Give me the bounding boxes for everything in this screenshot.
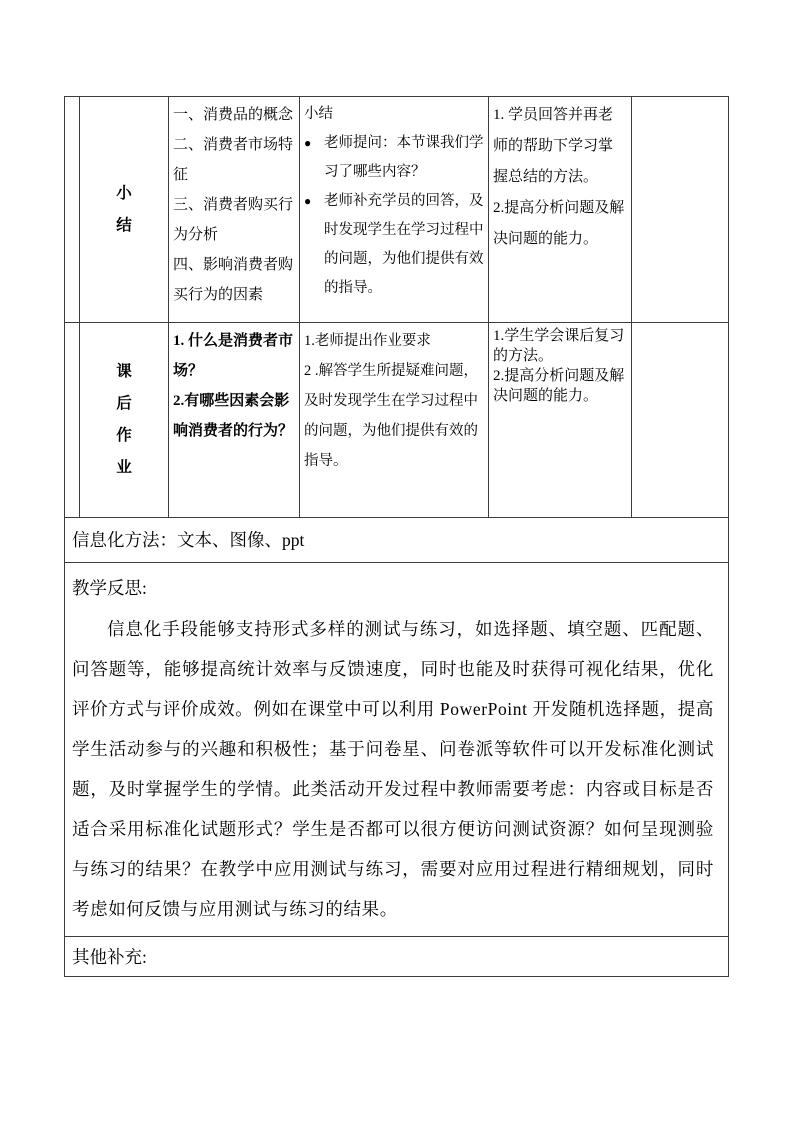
- other-notes-label: 其他补充:: [72, 947, 147, 967]
- content-item: 二、消费者市场特征: [173, 130, 295, 190]
- info-method-cell: 信息化方法：文本、图像、ppt: [65, 518, 729, 563]
- teacher-item: 1.老师提出作业要求: [304, 326, 484, 356]
- homework-student-activity-cell: 1.学生学会课后复习的方法。 2.提高分析问题及解决问题的能力。: [489, 323, 632, 518]
- summary-row: 小 结 一、消费品的概念 二、消费者市场特征 三、消费者购买行为分析 四、影响消…: [65, 97, 729, 323]
- bullet-icon: ●: [304, 129, 324, 158]
- summary-teacher-activity-cell: 小结 ● 老师提问：本节课我们学习了哪些内容？ ● 老师补充学员的回答，及时发现…: [300, 97, 489, 323]
- teacher-bullet-text: 老师补充学员的回答，及时发现学生在学习过程中的问题，为他们提供有效的指导。: [324, 187, 484, 303]
- homework-teacher-activity-cell: 1.老师提出作业要求 2 .解答学生所提疑难问题，及时发现学生在学习过程中的问题…: [300, 323, 489, 518]
- bullet-icon: ●: [304, 187, 324, 216]
- reflection-paragraph: 信息化手段能够支持形式多样的测试与练习，如选择题、填空题、匹配题、问答题等，能够…: [72, 609, 724, 929]
- content-item: 1. 什么是消费者市场？: [173, 326, 295, 386]
- other-notes-cell: 其他补充:: [65, 937, 729, 977]
- content-item: 2.有哪些因素会影响消费者的行为？: [173, 386, 295, 446]
- content-item: 一、消费品的概念: [173, 100, 295, 130]
- student-item: 1.学生学会课后复习的方法。: [493, 326, 627, 366]
- content-item: 三、消费者购买行为分析: [173, 190, 295, 250]
- teacher-bullet-item: ● 老师补充学员的回答，及时发现学生在学习过程中的问题，为他们提供有效的指导。: [304, 187, 484, 303]
- content-item: 四、影响消费者购买行为的因素: [173, 250, 295, 310]
- reflection-label: 教学反思:: [72, 573, 724, 603]
- teacher-intro: 小结: [304, 100, 484, 129]
- left-spacer-cell: [65, 323, 80, 518]
- teacher-item: 2 .解答学生所提疑难问题，及时发现学生在学习过程中的问题，为他们提供有效的指导…: [304, 356, 484, 476]
- student-item: 1. 学员回答并再老师的帮助下学习掌握总结的方法。: [493, 100, 627, 193]
- other-notes-row: 其他补充:: [65, 937, 729, 977]
- info-method-text: 信息化方法：文本、图像、ppt: [72, 530, 304, 550]
- student-item: 2.提高分析问题及解决问题的能力。: [493, 193, 627, 255]
- reflection-row: 教学反思: 信息化手段能够支持形式多样的测试与练习，如选择题、填空题、匹配题、问…: [65, 563, 729, 937]
- document-page: 小 结 一、消费品的概念 二、消费者市场特征 三、消费者购买行为分析 四、影响消…: [0, 0, 793, 1122]
- summary-content-cell: 一、消费品的概念 二、消费者市场特征 三、消费者购买行为分析 四、影响消费者购买…: [169, 97, 300, 323]
- homework-header-cell: 课 后 作 业: [80, 323, 169, 518]
- summary-empty-cell: [632, 97, 729, 323]
- homework-header-label: 课 后 作 业: [84, 356, 164, 484]
- reflection-cell: 教学反思: 信息化手段能够支持形式多样的测试与练习，如选择题、填空题、匹配题、问…: [65, 563, 729, 937]
- teacher-bullet-text: 老师提问：本节课我们学习了哪些内容？: [324, 129, 484, 187]
- summary-student-activity-cell: 1. 学员回答并再老师的帮助下学习掌握总结的方法。 2.提高分析问题及解决问题的…: [489, 97, 632, 323]
- homework-empty-cell: [632, 323, 729, 518]
- teacher-bullet-item: ● 老师提问：本节课我们学习了哪些内容？: [304, 129, 484, 187]
- homework-content-cell: 1. 什么是消费者市场？ 2.有哪些因素会影响消费者的行为？: [169, 323, 300, 518]
- homework-row: 课 后 作 业 1. 什么是消费者市场？ 2.有哪些因素会影响消费者的行为？ 1…: [65, 323, 729, 518]
- summary-header-label: 小 结: [84, 178, 164, 242]
- lesson-plan-table: 小 结 一、消费品的概念 二、消费者市场特征 三、消费者购买行为分析 四、影响消…: [64, 96, 729, 977]
- info-method-row: 信息化方法：文本、图像、ppt: [65, 518, 729, 563]
- student-item: 2.提高分析问题及解决问题的能力。: [493, 366, 627, 406]
- summary-header-cell: 小 结: [80, 97, 169, 323]
- left-spacer-cell: [65, 97, 80, 323]
